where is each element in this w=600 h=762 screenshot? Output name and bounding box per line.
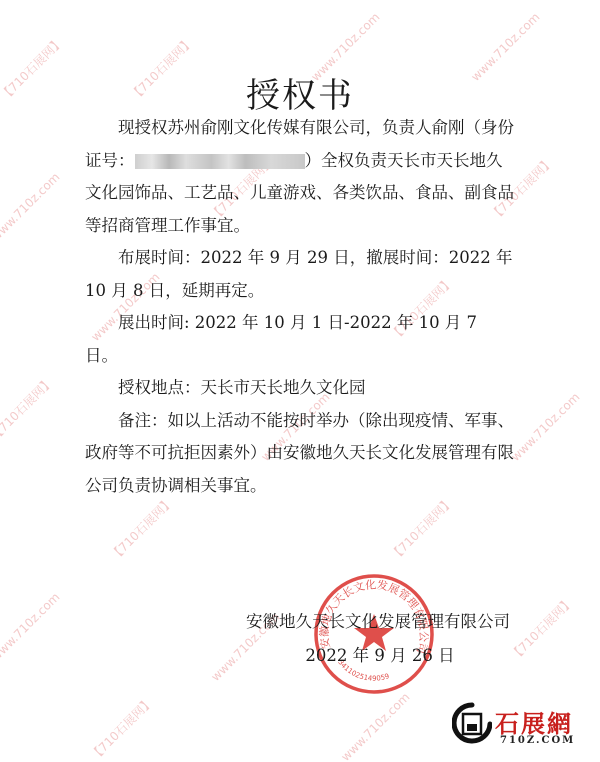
- signature-block: 安徽地久天长文化发展管理有限公司 2022 年 9 月 26 日: [210, 605, 510, 673]
- document-title: 授权书: [0, 68, 600, 117]
- paragraph-location: 授权地点：天长市天长地久文化园: [85, 372, 515, 405]
- logo-url: 710Z.COM: [500, 735, 575, 746]
- signing-date: 2022 年 9 月 26 日: [210, 639, 510, 673]
- site-logo: 石展網 710Z.COM: [452, 702, 597, 754]
- logo-emblem-icon: [452, 702, 492, 746]
- redacted-id-number: [135, 154, 305, 169]
- document-body: 现授权苏州俞刚文化传媒有限公司，负责人俞刚（身份证号：）全权负责天长市天长地久文…: [85, 112, 515, 502]
- paragraph-authorization: 现授权苏州俞刚文化传媒有限公司，负责人俞刚（身份证号：）全权负责天长市天长地久文…: [85, 112, 515, 242]
- authorization-letter: 授权书 现授权苏州俞刚文化传媒有限公司，负责人俞刚（身份证号：）全权负责天长市天…: [0, 0, 600, 762]
- signing-company: 安徽地久天长文化发展管理有限公司: [210, 605, 510, 639]
- paragraph-exhibition-time: 展出时间: 2022 年 10 月 1 日-2022 年 10 月 7 日。: [85, 307, 515, 372]
- paragraph-setup-time: 布展时间：2022 年 9 月 29 日，撤展时间：2022 年 10 月 8 …: [85, 242, 515, 307]
- logo-name: 石展網: [495, 704, 573, 739]
- authorization-text: 现授权苏州俞刚文化传媒有限公司，负责人俞刚: [118, 118, 465, 137]
- paragraph-remarks: 备注：如以上活动不能按时举办（除出现疫情、军事、政府等不可抗拒因素外）由安徽地久…: [85, 405, 515, 503]
